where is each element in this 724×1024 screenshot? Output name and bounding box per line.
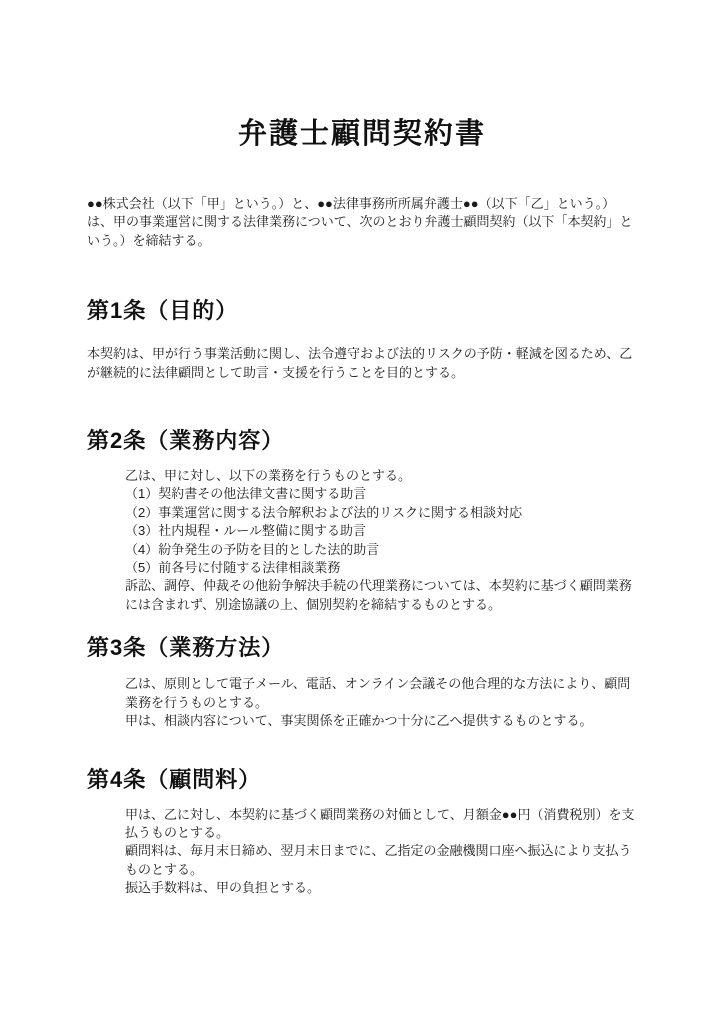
section-paragraph: 顧問料は、毎月末日締め、翌月末日までに、乙指定の金融機関口座へ振込により支払うも…: [125, 842, 637, 879]
section-paragraph: （2）事業運営に関する法令解釈および法的リスクに関する相談対応: [125, 504, 637, 522]
section-paragraph: 甲は、乙に対し、本契約に基づく顧問業務の対価として、月額金●●円（消費税別）を支…: [125, 806, 637, 843]
document-title: 弁護士顧問契約書: [87, 117, 637, 152]
section-paragraph: 甲は、相談内容について、事実関係を正確かつ十分に乙へ提供するものとする。: [125, 712, 637, 730]
section-body: 甲は、乙に対し、本契約に基づく顧問業務の対価として、月額金●●円（消費税別）を支…: [87, 806, 637, 898]
section-paragraph: 振込手数料は、甲の負担とする。: [125, 879, 637, 897]
section-paragraph: （5）前各号に付随する法律相談業務: [125, 559, 637, 577]
sections-container: 第1条（目的） 本契約は、甲が行う事業活動に関し、法令遵守および法的リスクの予防…: [87, 297, 637, 897]
section-paragraph: （3）社内規程・ルール整備に関する助言: [125, 522, 637, 540]
section-heading: 第2条（業務内容）: [87, 427, 637, 455]
section-paragraph: （4）紛争発生の予防を目的とした法的助言: [125, 541, 637, 559]
section-heading: 第1条（目的）: [87, 297, 637, 325]
section-body: 本契約は、甲が行う事業活動に関し、法令遵守および法的リスクの予防・軽減を図るため…: [87, 345, 637, 382]
section-paragraph: 本契約は、甲が行う事業活動に関し、法令遵守および法的リスクの予防・軽減を図るため…: [87, 345, 637, 382]
section-body: 乙は、原則として電子メール、電話、オンライン会議その他合理的な方法により、顧問業…: [87, 675, 637, 730]
section-heading: 第4条（顧問料）: [87, 766, 637, 794]
document-page: 弁護士顧問契約書 ●●株式会社（以下「甲」という。）と、●●法律事務所所属弁護士…: [0, 0, 724, 1024]
section-paragraph: （1）契約書その他法律文書に関する助言: [125, 485, 637, 503]
section-paragraph: 乙は、甲に対し、以下の業務を行うものとする。: [125, 467, 637, 485]
contract-section: 第3条（業務方法） 乙は、原則として電子メール、電話、オンライン会議その他合理的…: [87, 634, 637, 730]
contract-section: 第2条（業務内容） 乙は、甲に対し、以下の業務を行うものとする。（1）契約書その…: [87, 427, 637, 614]
section-paragraph: 訴訟、調停、仲裁その他紛争解決手続の代理業務については、本契約に基づく顧問業務に…: [125, 577, 637, 614]
contract-section: 第1条（目的） 本契約は、甲が行う事業活動に関し、法令遵守および法的リスクの予防…: [87, 297, 637, 382]
section-paragraph: 乙は、原則として電子メール、電話、オンライン会議その他合理的な方法により、顧問業…: [125, 675, 637, 712]
contract-section: 第4条（顧問料） 甲は、乙に対し、本契約に基づく顧問業務の対価として、月額金●●…: [87, 766, 637, 898]
section-body: 乙は、甲に対し、以下の業務を行うものとする。（1）契約書その他法律文書に関する助…: [87, 467, 637, 614]
document-intro: ●●株式会社（以下「甲」という。）と、●●法律事務所所属弁護士●●（以下「乙」と…: [87, 195, 637, 250]
section-heading: 第3条（業務方法）: [87, 634, 637, 662]
